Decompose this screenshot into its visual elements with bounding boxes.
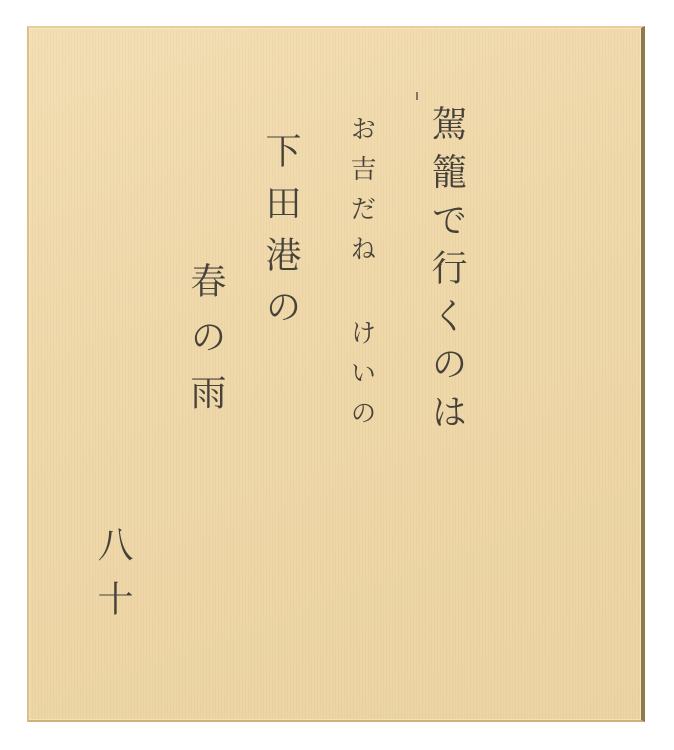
poem-column-1: 駕籠で行くのは <box>428 105 464 441</box>
poem-column-4: 春の雨 <box>187 262 223 430</box>
poem-column-2: お吉だね けいの <box>348 115 374 439</box>
poem-column-3: 下田港の <box>262 132 298 340</box>
ink-mark <box>416 92 418 100</box>
signature: 八十 <box>94 526 130 634</box>
